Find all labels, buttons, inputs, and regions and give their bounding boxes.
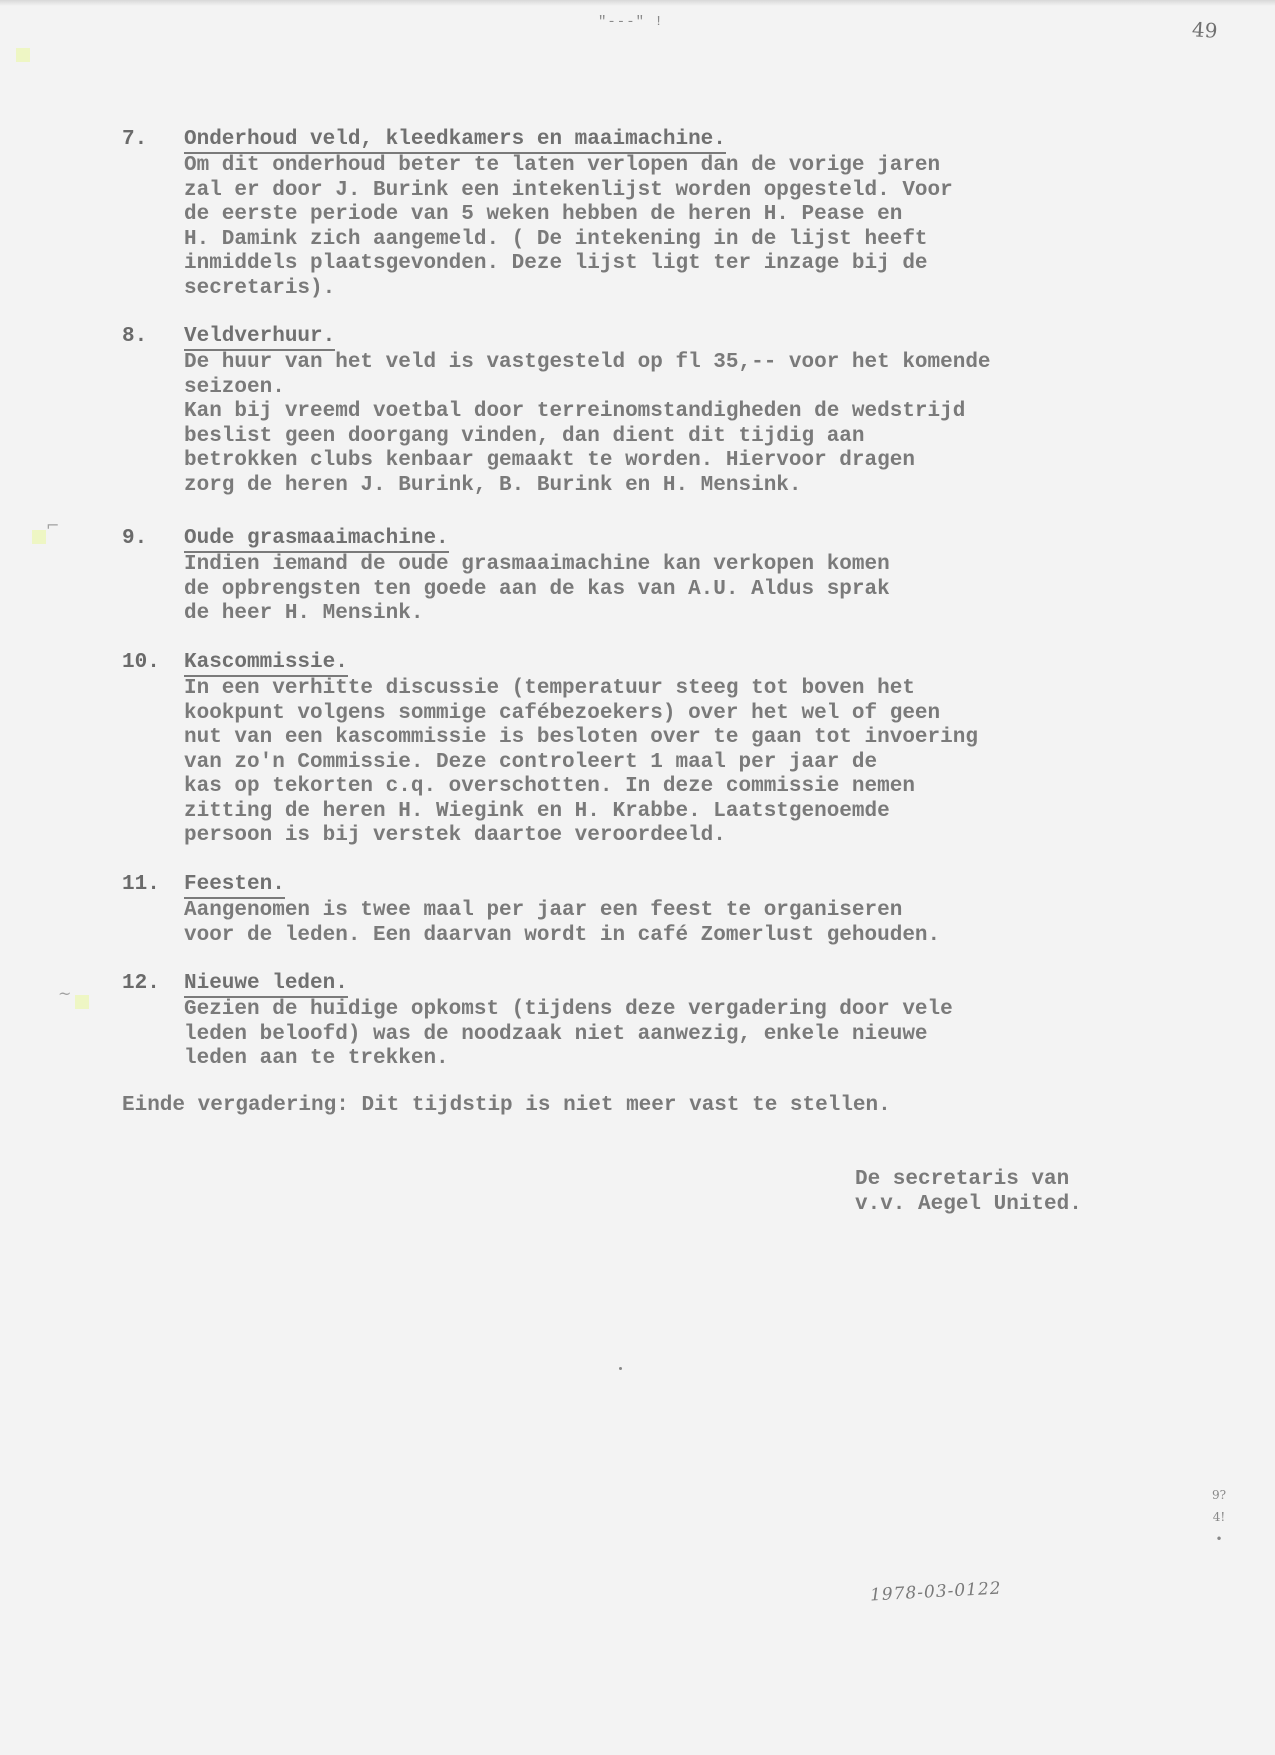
section-line: leden beloofd) was de noodzaak niet aanw… — [184, 1023, 1172, 1048]
section-title: Kascommissie. — [184, 651, 348, 677]
section-line: In een verhitte discussie (temperatuur s… — [184, 677, 1172, 702]
scan-artifact-dot — [16, 48, 30, 62]
section-number: 10. — [122, 651, 160, 674]
section-line: de opbrengsten ten goede aan de kas van … — [184, 578, 1172, 603]
margin-tick-mark: ⌐ — [46, 516, 59, 535]
signature-line-1: De secretaris van — [855, 1167, 1082, 1192]
section-line: De huur van het veld is vastgesteld op f… — [184, 351, 1172, 376]
section-11: 11. Feesten. Aangenomen is twee maal per… — [122, 873, 1172, 948]
section-line: de eerste periode van 5 weken hebben de … — [184, 203, 1172, 228]
margin-scribble: 9? 4! • — [1212, 1484, 1226, 1550]
handwritten-page-number: 49 — [1191, 17, 1218, 43]
section-7: 7. Onderhoud veld, kleedkamers en maaima… — [122, 128, 1172, 301]
section-line: zitting de heren H. Wiegink en H. Krabbe… — [184, 800, 1172, 825]
section-line: Aangenomen is twee maal per jaar een fee… — [184, 899, 1172, 924]
section-title: Oude grasmaaimachine. — [184, 527, 449, 553]
scan-artifact-dot — [32, 530, 46, 544]
section-line: secretaris). — [184, 277, 1172, 302]
section-line: Kan bij vreemd voetbal door terreinomsta… — [184, 400, 1172, 425]
section-line: Gezien de huidige opkomst (tijdens deze … — [184, 998, 1172, 1023]
section-title: Onderhoud veld, kleedkamers en maaimachi… — [184, 128, 726, 154]
scribble-mark: • — [1212, 1528, 1226, 1550]
section-line: beslist geen doorgang vinden, dan dient … — [184, 425, 1172, 450]
scribble-mark: 4! — [1212, 1506, 1226, 1528]
section-10: 10. Kascommissie. In een verhitte discus… — [122, 651, 1172, 849]
scan-speck — [619, 1367, 622, 1370]
section-line: kookpunt volgens sommige cafébezoekers) … — [184, 702, 1172, 727]
section-number: 8. — [122, 325, 147, 348]
section-line: inmiddels plaatsgevonden. Deze lijst lig… — [184, 252, 1172, 277]
section-9: 9. Oude grasmaaimachine. Indien iemand d… — [122, 527, 1172, 627]
section-title: Feesten. — [184, 873, 285, 899]
margin-tick-mark: ~ — [58, 984, 71, 1003]
section-line: zal er door J. Burink een intekenlijst w… — [184, 179, 1172, 204]
scribble-mark: 9? — [1212, 1484, 1226, 1506]
section-line: zorg de heren J. Burink, B. Burink en H.… — [184, 474, 1172, 499]
section-title: Nieuwe leden. — [184, 972, 348, 998]
section-line: van zo'n Commissie. Deze controleert 1 m… — [184, 751, 1172, 776]
section-line: voor de leden. Een daarvan wordt in café… — [184, 924, 1172, 949]
scan-artifact-dot — [75, 995, 89, 1009]
section-line: betrokken clubs kenbaar gemaakt te worde… — [184, 449, 1172, 474]
section-line: kas op tekorten c.q. overschotten. In de… — [184, 775, 1172, 800]
section-line: H. Damink zich aangemeld. ( De intekenin… — [184, 228, 1172, 253]
signature-block: De secretaris van v.v. Aegel United. — [855, 1167, 1082, 1217]
section-title: Veldverhuur. — [184, 325, 335, 351]
section-8: 8. Veldverhuur. De huur van het veld is … — [122, 325, 1172, 498]
section-number: 7. — [122, 128, 147, 151]
section-line: nut van een kascommissie is besloten ove… — [184, 726, 1172, 751]
section-number: 11. — [122, 873, 160, 896]
section-number: 12. — [122, 972, 160, 995]
section-line: leden aan te trekken. — [184, 1047, 1172, 1072]
section-number: 9. — [122, 527, 147, 550]
section-line: de heer H. Mensink. — [184, 602, 1172, 627]
section-line: seizoen. — [184, 376, 1172, 401]
section-line: Indien iemand de oude grasmaaimachine ka… — [184, 553, 1172, 578]
section-line: Om dit onderhoud beter te laten verlopen… — [184, 154, 1172, 179]
signature-line-2: v.v. Aegel United. — [855, 1192, 1082, 1217]
header-mark: "---" ! — [598, 14, 664, 30]
section-12: 12. Nieuwe leden. Gezien de huidige opko… — [122, 972, 1172, 1072]
closing-statement: Einde vergadering: Dit tijdstip is niet … — [122, 1094, 891, 1117]
section-line: persoon is bij verstek daartoe veroordee… — [184, 824, 1172, 849]
handwritten-archive-date: 1978-03-0122 — [870, 1579, 1003, 1606]
scan-top-edge — [0, 0, 1275, 6]
